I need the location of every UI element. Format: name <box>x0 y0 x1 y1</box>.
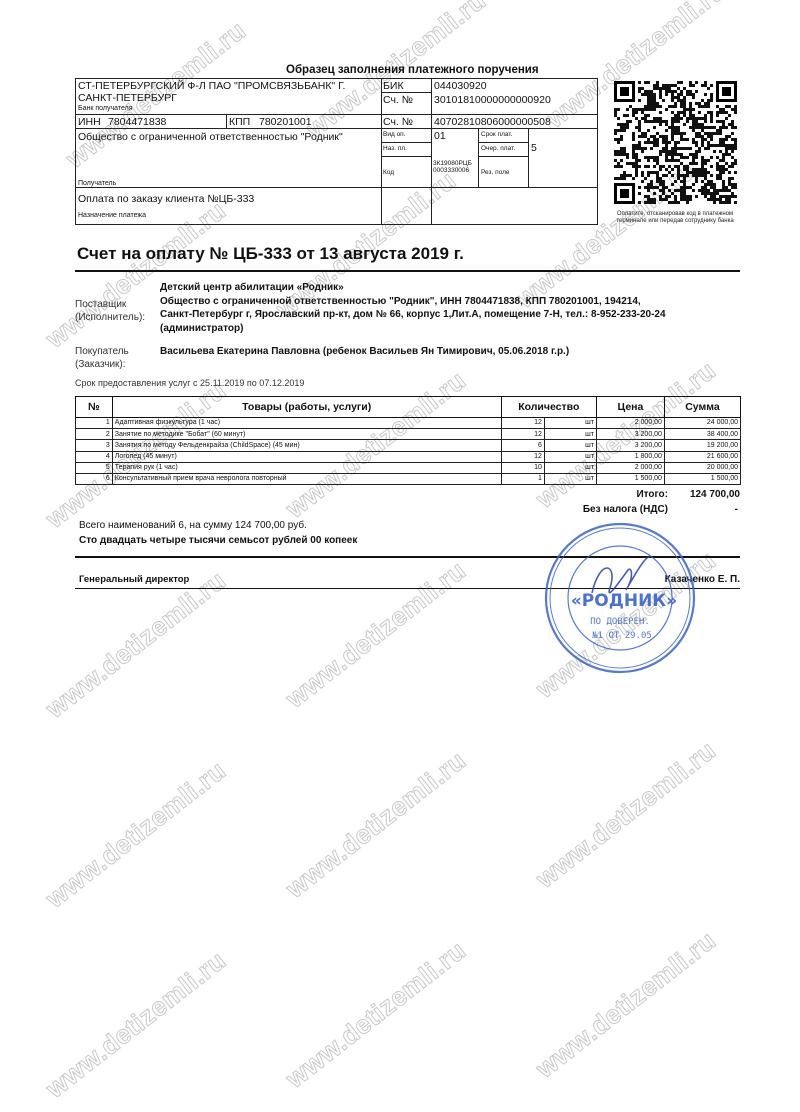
payment-form-title: Образец заполнения платежного поручения <box>286 64 539 76</box>
payment-purpose: Оплата по заказу клиента №ЦБ-333 <box>78 193 254 205</box>
watermark-text: www.detizemli.ru <box>280 555 472 715</box>
kod-value: 3К19080РЦБ 0003330006 <box>433 160 472 174</box>
naz-pl-label: Наз. пл. <box>383 145 407 152</box>
supplier-label: Поставщик (Исполнитель): <box>75 298 145 324</box>
row-quantity: 1 <box>501 473 544 484</box>
row-unit: шт <box>544 440 596 451</box>
kpp-value: 780201001 <box>259 116 312 128</box>
row-sum: 38 400,00 <box>664 429 740 440</box>
kod-label: Код <box>383 169 394 176</box>
row-name: Консультативный прием врача невролога по… <box>112 473 501 484</box>
account-label: Сч. № <box>383 116 413 128</box>
row-sum: 24 000,00 <box>664 418 740 429</box>
bank-name: СТ-ПЕТЕРБУРГСКИЙ Ф-Л ПАО "ПРОМСВЯЗЬБАНК"… <box>78 80 378 104</box>
row-unit: шт <box>544 451 596 462</box>
row-unit: шт <box>544 418 596 429</box>
ocher-plat-label: Очер. плат. <box>481 145 515 152</box>
inn-value: 7804471838 <box>108 116 166 128</box>
summary-line: Всего наименований 6, на сумму 124 700,0… <box>79 520 307 531</box>
bik-value: 044030920 <box>434 80 487 92</box>
qr-caption: Оплатите, отсканировав код в платежном т… <box>604 211 746 225</box>
col-header-price: Цена <box>596 397 664 418</box>
company-stamp-icon: «РОДНИК» ПО ДОВЕРЕН. №1 ОТ 29.05 <box>540 518 700 678</box>
supplier-line: Общество с ограниченной ответственностью… <box>160 295 666 309</box>
row-name: Занятия по методу Фельденкрайза (ChildSp… <box>112 440 501 451</box>
kod-value-line1: 3К19080РЦБ <box>433 160 472 167</box>
srok-plat-label: Срок плат. <box>481 131 512 138</box>
supplier-label-line1: Поставщик <box>75 298 145 311</box>
kpp-label: КПП <box>229 116 250 128</box>
bank-name-line2: САНКТ-ПЕТЕРБУРГ <box>78 92 378 104</box>
row-name: Терапия рук (1 час) <box>112 462 501 473</box>
total-label: Итого: <box>560 489 668 500</box>
watermark-text: www.detizemli.ru <box>280 745 472 905</box>
col-header-goods: Товары (работы, услуги) <box>112 397 501 418</box>
service-period: Срок предоставления услуг с 25.11.2019 п… <box>75 377 304 390</box>
payment-form: СТ-ПЕТЕРБУРГСКИЙ Ф-Л ПАО "ПРОМСВЯЗЬБАНК"… <box>75 78 598 225</box>
supplier-line: Детский центр абилитации «Родник» <box>160 281 666 295</box>
watermark-text: www.detizemli.ru <box>530 735 722 895</box>
row-quantity: 12 <box>501 451 544 462</box>
corr-account-value: 30101810000000000920 <box>434 94 551 106</box>
row-unit: шт <box>544 429 596 440</box>
row-sum: 21 600,00 <box>664 451 740 462</box>
row-name: Занятие по методике "Бобат" (60 минут) <box>112 429 501 440</box>
ocher-plat-value: 5 <box>531 142 537 154</box>
col-header-quantity: Количество <box>501 397 596 418</box>
table-row: 3 Занятия по методу Фельденкрайза (Child… <box>76 440 741 451</box>
svg-text:«РОДНИК»: «РОДНИК» <box>571 591 677 611</box>
watermark-text: www.detizemli.ru <box>40 755 232 915</box>
vat-label: Без налога (НДС) <box>520 504 668 515</box>
row-unit: шт <box>544 473 596 484</box>
table-row: 6 Консультативный прием врача невролога … <box>76 473 741 484</box>
payment-purpose-label: Назначение платежа <box>78 212 146 219</box>
row-quantity: 6 <box>501 440 544 451</box>
total-value: 124 700,00 <box>670 489 740 500</box>
svg-text:ПО ДОВЕРЕН.: ПО ДОВЕРЕН. <box>590 617 650 627</box>
row-number: 6 <box>76 473 113 484</box>
rez-pole-label: Рез. поле <box>481 169 510 176</box>
bank-name-line1: СТ-ПЕТЕРБУРГСКИЙ Ф-Л ПАО "ПРОМСВЯЗЬБАНК"… <box>78 80 378 92</box>
row-sum: 1 500,00 <box>664 473 740 484</box>
row-number: 2 <box>76 429 113 440</box>
bank-label: Банк получателя <box>78 105 133 112</box>
account-value: 40702810806000000508 <box>434 116 551 128</box>
watermark-text: www.detizemli.ru <box>280 935 472 1095</box>
qr-code-icon <box>612 80 740 204</box>
watermark-text: www.detizemli.ru <box>40 945 232 1105</box>
row-price: 3 200,00 <box>596 440 664 451</box>
corr-account-label: Сч. № <box>383 94 413 106</box>
row-sum: 20 000,00 <box>664 462 740 473</box>
row-name: Логопед (45 минут) <box>112 451 501 462</box>
supplier-details: Детский центр абилитации «Родник» Общест… <box>160 281 666 335</box>
recipient-label: Получатель <box>78 180 116 187</box>
invoice-title: Счет на оплату № ЦБ-333 от 13 августа 20… <box>77 244 464 264</box>
row-quantity: 12 <box>501 418 544 429</box>
supplier-line: (администратор) <box>160 322 666 336</box>
row-price: 2 000,00 <box>596 418 664 429</box>
svg-text:№1 ОТ 29.05: №1 ОТ 29.05 <box>591 631 652 641</box>
row-price: 1 800,00 <box>596 451 664 462</box>
row-quantity: 10 <box>501 462 544 473</box>
items-table: № Товары (работы, услуги) Количество Цен… <box>75 396 741 485</box>
table-row: 1 Адаптивная физкультура (1 час) 12 шт 2… <box>76 418 741 429</box>
row-price: 1 500,00 <box>596 473 664 484</box>
supplier-label-line2: (Исполнитель): <box>75 311 145 324</box>
col-header-sum: Сумма <box>664 397 740 418</box>
col-header-number: № <box>76 397 113 418</box>
buyer-label: Покупатель (Заказчик): <box>75 345 129 371</box>
row-sum: 19 200,00 <box>664 440 740 451</box>
row-number: 4 <box>76 451 113 462</box>
title-divider <box>75 270 740 272</box>
vat-value: - <box>670 504 738 515</box>
table-header-row: № Товары (работы, услуги) Количество Цен… <box>76 397 741 418</box>
row-number: 1 <box>76 418 113 429</box>
watermark-text: www.detizemli.ru <box>530 925 722 1085</box>
row-number: 5 <box>76 462 113 473</box>
row-number: 3 <box>76 440 113 451</box>
table-row: 5 Терапия рук (1 час) 10 шт 2 000,00 20 … <box>76 462 741 473</box>
kod-value-line2: 0003330006 <box>433 167 472 174</box>
buyer-label-line1: Покупатель <box>75 345 129 358</box>
supplier-line: Санкт-Петербург г, Ярославский пр-кт, до… <box>160 308 666 322</box>
row-name: Адаптивная физкультура (1 час) <box>112 418 501 429</box>
table-row: 4 Логопед (45 минут) 12 шт 1 800,00 21 6… <box>76 451 741 462</box>
row-quantity: 12 <box>501 429 544 440</box>
inn-label: ИНН <box>78 116 101 128</box>
bik-label: БИК <box>383 80 404 92</box>
amount-in-words: Сто двадцать четыре тысячи семьсот рубле… <box>79 535 357 546</box>
row-price: 3 200,00 <box>596 429 664 440</box>
buyer-value: Васильева Екатерина Павловна (ребенок Ва… <box>160 345 569 359</box>
buyer-label-line2: (Заказчик): <box>75 358 129 371</box>
vid-op-value: 01 <box>434 130 446 142</box>
row-unit: шт <box>544 462 596 473</box>
row-price: 2 000,00 <box>596 462 664 473</box>
table-row: 2 Занятие по методике "Бобат" (60 минут)… <box>76 429 741 440</box>
vid-op-label: Вид оп. <box>383 131 406 138</box>
recipient-name: Общество с ограниченной ответственностью… <box>78 131 343 143</box>
signer-position: Генеральный директор <box>79 574 189 585</box>
